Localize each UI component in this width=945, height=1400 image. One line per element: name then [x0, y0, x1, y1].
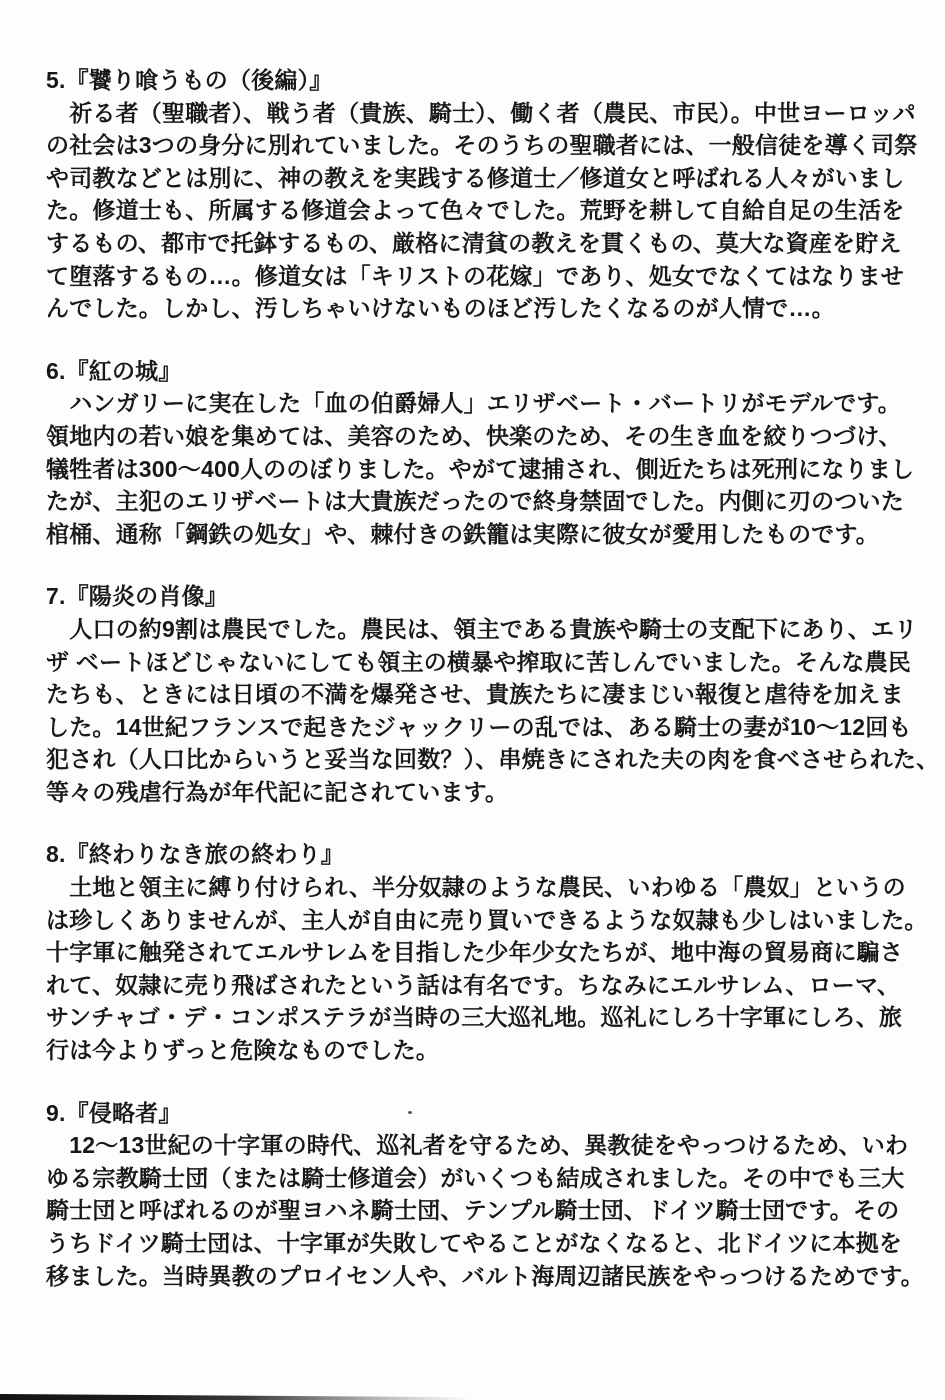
body-line: れて、奴隷に売り飛ばされたという話は有名です。ちなみにエルサレム、ローマ、: [46, 969, 908, 1002]
body-line: 人口の約9割は農民でした。農民は、領主である貴族や騎士の支配下にあり、エリ: [46, 613, 908, 646]
body-line: は珍しくありませんが、主人が自由に売り買いできるような奴隷も少しはいました。: [46, 904, 908, 937]
section-7: 7.『陽炎の肖像』 人口の約9割は農民でした。農民は、領主である貴族や騎士の支配…: [46, 580, 908, 808]
body-line: たちも、ときには日頃の不満を爆発させ、貴族たちに凄まじい報復と虐待を加えま: [46, 678, 908, 711]
body-line: 12～13世紀の十字軍の時代、巡礼者を守るため、異教徒をやっつけるため、いわ: [46, 1129, 908, 1162]
body-line: 十字軍に触発されてエルサレムを目指した少年少女たちが、地中海の貿易商に騙さ: [46, 936, 908, 969]
section-8: 8.『終わりなき旅の終わり』 土地と領主に縛り付けられ、半分奴隷のような農民、い…: [46, 838, 908, 1066]
body-line: て堕落するもの…。修道女は「キリストの花嫁」であり、処女でなくてはなりませ: [46, 260, 908, 293]
document-page: 5.『饕り喰うもの（後編）』 祈る者（聖職者）、戦う者（貴族、騎士）、働く者（農…: [0, 0, 945, 1400]
section-9: 9.『侵略者』 12～13世紀の十字軍の時代、巡礼者を守るため、異教徒をやっつけ…: [46, 1097, 908, 1293]
body-line: 騎士団と呼ばれるのが聖ヨハネ騎士団、テンプル騎士団、ドイツ騎士団です。その: [46, 1194, 908, 1227]
body-line: 土地と領主に縛り付けられ、半分奴隷のような農民、いわゆる「農奴」というの: [46, 871, 908, 904]
body-line: の社会は3つの身分に別れていました。そのうちの聖職者には、一般信徒を導く司祭: [46, 129, 908, 162]
body-line: 祈る者（聖職者）、戦う者（貴族、騎士）、働く者（農民、市民）。中世ヨーロッパ: [46, 97, 908, 130]
section-6: 6.『紅の城』 ハンガリーに実在した「血の伯爵婦人」エリザベート・バートリがモデ…: [46, 355, 908, 551]
scan-speck-artifact: [408, 1111, 412, 1114]
section-6-title: 6.『紅の城』: [46, 355, 908, 388]
body-line: 行は今よりずっと危険なものでした。: [46, 1034, 908, 1067]
body-line: んでした。しかし、汚しちゃいけないものほど汚したくなるのが人情で…。: [46, 292, 908, 325]
body-line: 犠牲者は300～400人ののぼりました。やがて逮捕され、側近たちは死刑になりまし: [46, 453, 908, 486]
section-9-title: 9.『侵略者』: [46, 1097, 908, 1130]
body-line: ザ ベートほどじゃないにしても領主の横暴や搾取に苦しんでいました。そんな農民: [46, 646, 908, 679]
body-line: や司教などとは別に、神の教えを実践する修道士／修道女と呼ばれる人々がいまし: [46, 162, 908, 195]
section-5-title: 5.『饕り喰うもの（後編）』: [46, 64, 908, 97]
body-line: 領地内の若い娘を集めては、美容のため、快楽のため、その生き血を絞りつづけ、: [46, 420, 908, 453]
body-line: 犯され（人口比からいうと妥当な回数？）、串焼きにされた夫の肉を食べさせられた、: [46, 743, 908, 776]
body-line: た。修道士も、所属する修道会よって色々でした。荒野を耕して自給自足の生活を: [46, 194, 908, 227]
body-line: するもの、都市で托鉢するもの、厳格に清貧の教えを貫くもの、莫大な資産を貯え: [46, 227, 908, 260]
body-line: ハンガリーに実在した「血の伯爵婦人」エリザベート・バートリがモデルです。: [46, 387, 908, 420]
body-line: ゆる宗教騎士団（または騎士修道会）がいくつも結成されました。その中でも三大: [46, 1162, 908, 1195]
section-8-title: 8.『終わりなき旅の終わり』: [46, 838, 908, 871]
body-line: サンチャゴ・デ・コンポステラが当時の三大巡礼地。巡礼にしろ十字軍にしろ、旅: [46, 1001, 908, 1034]
section-7-title: 7.『陽炎の肖像』: [46, 580, 908, 613]
section-5: 5.『饕り喰うもの（後編）』 祈る者（聖職者）、戦う者（貴族、騎士）、働く者（農…: [46, 64, 908, 325]
body-line: たが、主犯のエリザベートは大貴族だったので終身禁固でした。内側に刃のついた: [46, 485, 908, 518]
body-line: 移ました。当時異教のプロイセン人や、バルト海周辺諸民族をやっつけるためです。: [46, 1260, 908, 1293]
body-line: うちドイツ騎士団は、十字軍が失敗してやることがなくなると、北ドイツに本拠を: [46, 1227, 908, 1260]
scan-bottom-edge-artifact: [0, 1393, 470, 1400]
body-line: した。14世紀フランスで起きたジャックリーの乱では、ある騎士の妻が10～12回も: [46, 711, 908, 744]
body-line: 等々の残虐行為が年代記に記されています。: [46, 776, 908, 809]
body-line: 棺桶、通称「鋼鉄の処女」や、棘付きの鉄籠は実際に彼女が愛用したものです。: [46, 518, 908, 551]
